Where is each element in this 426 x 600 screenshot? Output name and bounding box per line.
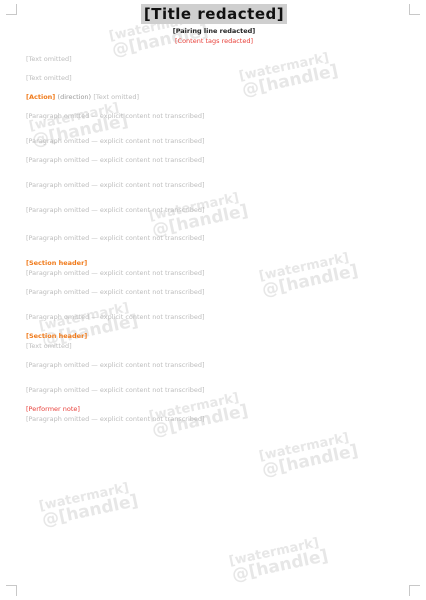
page-corner-mark: [409, 585, 420, 596]
document-page: [Title redacted] [Pairing line redacted]…: [18, 0, 410, 424]
paragraph: [Text omitted]: [18, 54, 410, 64]
watermark: [watermark]@[handle]: [228, 535, 330, 585]
paragraph: [Paragraph omitted — explicit content no…: [18, 233, 410, 243]
section-header: [Section header]: [26, 331, 410, 341]
stage-direction: (direction): [58, 93, 92, 101]
section-header: [Section header]: [26, 258, 410, 268]
paragraph: [Text omitted]: [18, 341, 410, 351]
paragraph: [Paragraph omitted — explicit content no…: [18, 414, 410, 424]
paragraph: [Paragraph omitted — explicit content no…: [18, 312, 410, 322]
paragraph: [Text omitted]: [18, 73, 410, 83]
paragraph: [Paragraph omitted — explicit content no…: [18, 111, 410, 121]
paragraph: [Paragraph omitted — explicit content no…: [18, 205, 410, 215]
paragraph: [Paragraph omitted — explicit content no…: [18, 268, 410, 278]
page-corner-mark: [6, 585, 17, 596]
paragraph: [Paragraph omitted — explicit content no…: [18, 180, 410, 190]
performer-note: [Performer note]: [26, 404, 410, 414]
watermark: [watermark]@[handle]: [38, 480, 140, 530]
document-title: [Title redacted]: [141, 4, 287, 24]
action-header: [Action]: [26, 93, 55, 101]
paragraph: [Paragraph omitted — explicit content no…: [18, 155, 410, 165]
paragraph: [Paragraph omitted — explicit content no…: [18, 136, 410, 146]
page-corner-mark: [6, 4, 17, 15]
content-tags: [Content tags redacted]: [18, 37, 410, 45]
page-corner-mark: [409, 4, 420, 15]
paragraph: [Action] (direction) [Text omitted]: [18, 92, 410, 102]
paragraph: [Paragraph omitted — explicit content no…: [18, 385, 410, 395]
paragraph: [Paragraph omitted — explicit content no…: [18, 287, 410, 297]
watermark: [watermark]@[handle]: [258, 430, 360, 480]
paragraph: [Paragraph omitted — explicit content no…: [18, 360, 410, 370]
document-subtitle: [Pairing line redacted]: [18, 27, 410, 35]
